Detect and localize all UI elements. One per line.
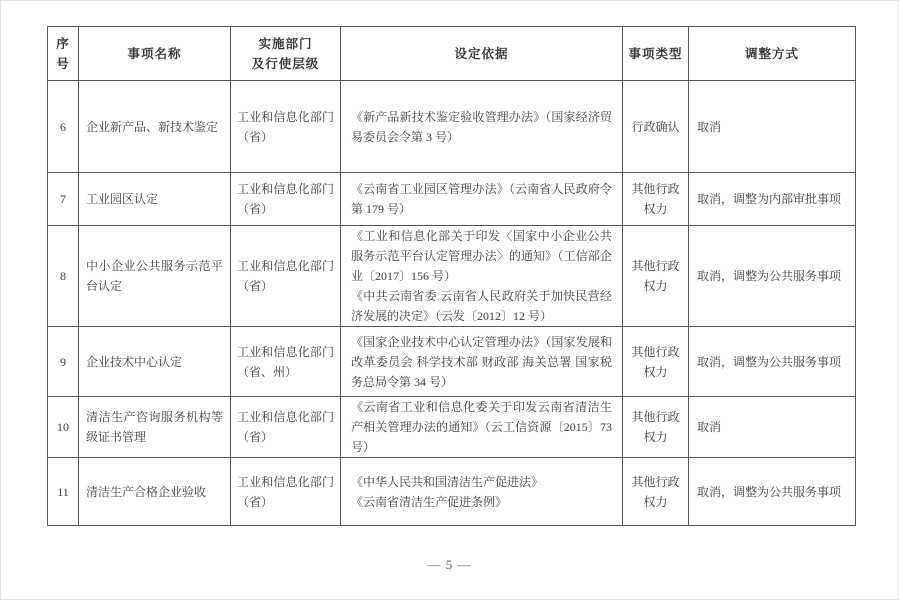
cell-type: 其他行政权力: [623, 327, 689, 397]
table-row: 10 清洁生产咨询服务机构等级证书管理 工业和信息化部门（省） 《云南省工业和信…: [48, 397, 856, 458]
cell-item-name: 清洁生产咨询服务机构等级证书管理: [79, 397, 231, 458]
header-type: 事项类型: [623, 27, 689, 81]
cell-basis: 《工业和信息化部关于印发〈国家中小企业公共服务示范平台认定管理办法〉的通知》（工…: [341, 226, 623, 327]
table-row: 8 中小企业公共服务示范平台认定 工业和信息化部门（省） 《工业和信息化部关于印…: [48, 226, 856, 327]
header-basis: 设定依据: [341, 27, 623, 81]
cell-item-name: 工业园区认定: [79, 173, 231, 226]
header-dept: 实施部门 及行使层级: [231, 27, 341, 81]
cell-adjust: 取消，调整为公共服务事项: [689, 226, 856, 327]
cell-adjust: 取消，调整为内部审批事项: [689, 173, 856, 226]
table-row: 6 企业新产品、新技术鉴定 工业和信息化部门（省） 《新产品新技术鉴定验收管理办…: [48, 81, 856, 173]
cell-type: 其他行政权力: [623, 226, 689, 327]
cell-type: 行政确认: [623, 81, 689, 173]
cell-type: 其他行政权力: [623, 173, 689, 226]
cell-dept: 工业和信息化部门（省）: [231, 173, 341, 226]
cell-basis: 《新产品新技术鉴定验收管理办法》（国家经济贸易委员会令第 3 号）: [341, 81, 623, 173]
cell-seq: 11: [48, 458, 79, 526]
cell-seq: 10: [48, 397, 79, 458]
cell-basis: 《中华人民共和国清洁生产促进法》 《云南省清洁生产促进条例》: [341, 458, 623, 526]
cell-dept: 工业和信息化部门（省）: [231, 226, 341, 327]
cell-item-name: 企业技术中心认定: [79, 327, 231, 397]
cell-seq: 6: [48, 81, 79, 173]
table-row: 7 工业园区认定 工业和信息化部门（省） 《云南省工业园区管理办法》（云南省人民…: [48, 173, 856, 226]
page-number: — 5 —: [1, 557, 898, 573]
cell-type: 其他行政权力: [623, 397, 689, 458]
cell-seq: 9: [48, 327, 79, 397]
cell-item-name: 中小企业公共服务示范平台认定: [79, 226, 231, 327]
cell-basis: 《云南省工业和信息化委关于印发云南省清洁生产相关管理办法的通知》（云工信资源〔2…: [341, 397, 623, 458]
cell-adjust: 取消，调整为公共服务事项: [689, 327, 856, 397]
cell-adjust: 取消，调整为公共服务事项: [689, 458, 856, 526]
cell-basis: 《国家企业技术中心认定管理办法》（国家发展和改革委员会 科学技术部 财政部 海关…: [341, 327, 623, 397]
header-seq: 序 号: [48, 27, 79, 81]
header-adjust: 调整方式: [689, 27, 856, 81]
document-page: 序 号 事项名称 实施部门 及行使层级 设定依据 事项类型 调整方式 6 企业新…: [0, 0, 899, 600]
cell-seq: 8: [48, 226, 79, 327]
cell-item-name: 企业新产品、新技术鉴定: [79, 81, 231, 173]
table-row: 9 企业技术中心认定 工业和信息化部门（省、州） 《国家企业技术中心认定管理办法…: [48, 327, 856, 397]
cell-type: 其他行政权力: [623, 458, 689, 526]
cell-adjust: 取消: [689, 397, 856, 458]
cell-item-name: 清洁生产合格企业验收: [79, 458, 231, 526]
cell-dept: 工业和信息化部门（省、州）: [231, 327, 341, 397]
items-table: 序 号 事项名称 实施部门 及行使层级 设定依据 事项类型 调整方式 6 企业新…: [47, 26, 856, 526]
cell-dept: 工业和信息化部门（省）: [231, 397, 341, 458]
cell-dept: 工业和信息化部门（省）: [231, 81, 341, 173]
cell-basis: 《云南省工业园区管理办法》（云南省人民政府令第 179 号）: [341, 173, 623, 226]
cell-adjust: 取消: [689, 81, 856, 173]
cell-dept: 工业和信息化部门（省）: [231, 458, 341, 526]
cell-seq: 7: [48, 173, 79, 226]
table-row: 11 清洁生产合格企业验收 工业和信息化部门（省） 《中华人民共和国清洁生产促进…: [48, 458, 856, 526]
header-item-name: 事项名称: [79, 27, 231, 81]
table-header-row: 序 号 事项名称 实施部门 及行使层级 设定依据 事项类型 调整方式: [48, 27, 856, 81]
